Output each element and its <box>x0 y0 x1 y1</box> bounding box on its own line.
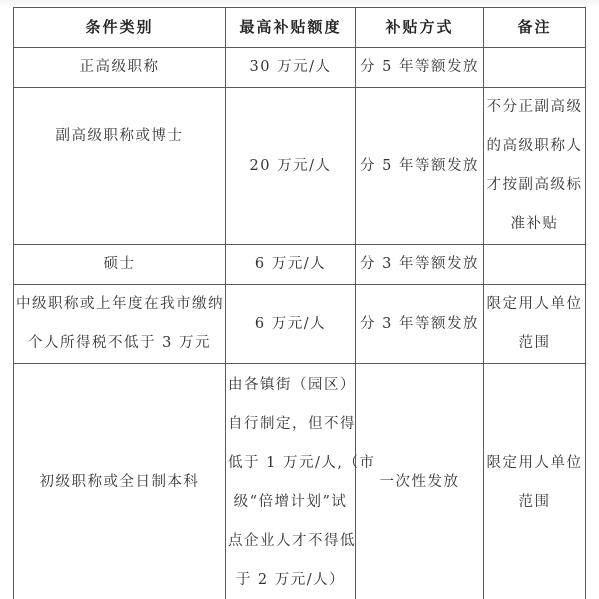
amount-cell: 由各镇街（园区） 自行制定，但不得 低于 1 万元/人,（市 级“倍增计划”试 … <box>226 364 356 599</box>
note-line: 准补贴 <box>486 205 583 244</box>
category-cell: 副高级职称或博士 <box>14 88 226 245</box>
note-line: 限定用人单位 <box>486 444 583 483</box>
method-cell: 分 3 年等额发放 <box>356 245 484 285</box>
category-line: 中级职称或上年度在我市缴纳 <box>16 285 223 324</box>
header-method: 补贴方式 <box>356 8 484 48</box>
method-cell: 一次性发放 <box>356 364 484 599</box>
method-cell: 分 5 年等额发放 <box>356 88 484 245</box>
amount-line: 于 2 万元/人） <box>228 561 353 599</box>
amount-cell: 6 万元/人 <box>226 245 356 285</box>
amount-cell: 30 万元/人 <box>226 48 356 88</box>
amount-line: 低于 1 万元/人,（市 <box>228 444 353 483</box>
note-line: 才按副高级标 <box>486 166 583 205</box>
note-cell: 限定用人单位 范围 <box>484 364 586 599</box>
note-line: 的高级职称人 <box>486 127 583 166</box>
table-row: 初级职称或全日制本科 由各镇街（园区） 自行制定，但不得 低于 1 万元/人,（… <box>14 364 586 599</box>
note-line: 范围 <box>486 483 583 522</box>
table-header-row: 条件类别 最高补贴额度 补贴方式 备注 <box>14 8 586 48</box>
note-line: 范围 <box>486 324 583 363</box>
note-cell <box>484 245 586 285</box>
header-category: 条件类别 <box>14 8 226 48</box>
note-line: 不分正副高级 <box>486 88 583 127</box>
note-line: 限定用人单位 <box>486 285 583 324</box>
category-cell: 初级职称或全日制本科 <box>14 364 226 599</box>
category-line: 个人所得税不低于 3 万元 <box>16 324 223 363</box>
subsidy-table: 条件类别 最高补贴额度 补贴方式 备注 正高级职称 30 万元/人 分 5 年等… <box>13 7 586 599</box>
table-row: 中级职称或上年度在我市缴纳 个人所得税不低于 3 万元 6 万元/人 分 3 年… <box>14 285 586 364</box>
table-row: 正高级职称 30 万元/人 分 5 年等额发放 <box>14 48 586 88</box>
amount-cell: 20 万元/人 <box>226 88 356 245</box>
category-cell: 硕士 <box>14 245 226 285</box>
category-cell: 正高级职称 <box>14 48 226 88</box>
amount-line: 点企业人才不得低 <box>228 522 353 561</box>
note-cell <box>484 48 586 88</box>
header-max-amount: 最高补贴额度 <box>226 8 356 48</box>
category-cell: 中级职称或上年度在我市缴纳 个人所得税不低于 3 万元 <box>14 285 226 364</box>
amount-cell: 6 万元/人 <box>226 285 356 364</box>
note-cell: 不分正副高级 的高级职称人 才按副高级标 准补贴 <box>484 88 586 245</box>
amount-line: 由各镇街（园区） <box>228 366 353 405</box>
category-text: 副高级职称或博士 <box>56 128 184 144</box>
note-cell: 限定用人单位 范围 <box>484 285 586 364</box>
page-top-margin <box>0 0 599 6</box>
table-row: 副高级职称或博士 20 万元/人 分 5 年等额发放 不分正副高级 的高级职称人… <box>14 88 586 245</box>
method-cell: 分 3 年等额发放 <box>356 285 484 364</box>
header-note: 备注 <box>484 8 586 48</box>
table-row: 硕士 6 万元/人 分 3 年等额发放 <box>14 245 586 285</box>
amount-line: 自行制定，但不得 <box>228 405 353 444</box>
method-cell: 分 5 年等额发放 <box>356 48 484 88</box>
amount-line: 级“倍增计划”试 <box>228 483 353 522</box>
